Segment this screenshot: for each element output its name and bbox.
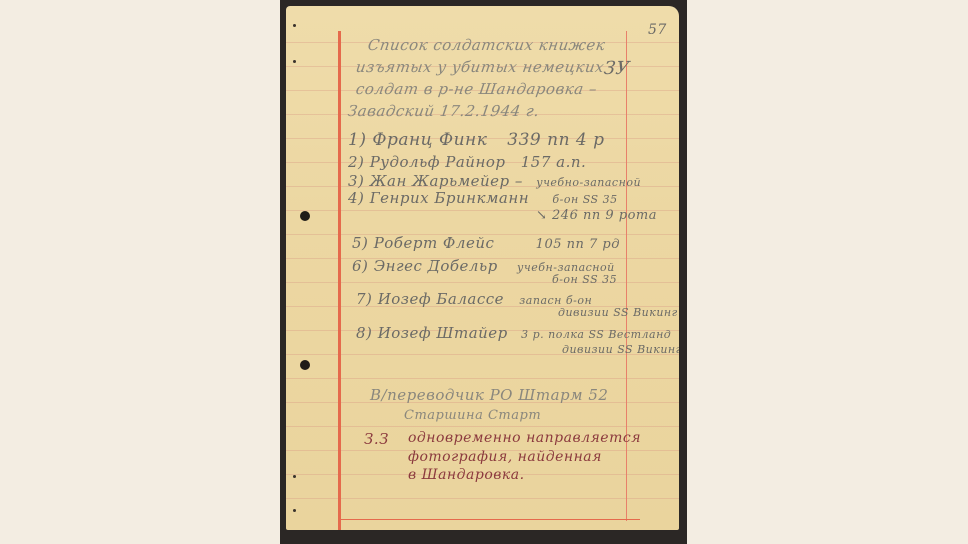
entry-num: 4)	[348, 189, 364, 207]
title-line-4: Завадский 17.2.1944 г.	[347, 102, 541, 120]
right-margin-line	[626, 31, 627, 521]
red-note-line-2: фотография, найденная	[408, 449, 602, 465]
title-line-3: солдат в р-не Шандаровка –	[355, 80, 599, 98]
entry-2: 2) Рудольф Райнор 157 а.п.	[348, 153, 586, 171]
speck	[293, 60, 296, 63]
entry-num: 1)	[348, 130, 366, 150]
red-note-line-1: одновременно направляется	[408, 430, 641, 446]
entry-num: 3)	[348, 172, 364, 190]
entry-name: Генрих Бринкманн	[370, 189, 529, 207]
signature-line-1: В/переводчик РО Штарм 52	[370, 386, 608, 404]
entry-unit: б-он SS 35	[552, 193, 617, 206]
entry-unit: 105 пп 7 рд	[536, 237, 620, 252]
entry-name: Энгес Добельр	[374, 257, 498, 275]
page-number: 57	[648, 22, 667, 38]
entry-7: 7) Иозеф Балассе запасн б-он	[356, 290, 592, 308]
entry-4: 4) Генрих Бринкманн б-он SS 35	[348, 189, 618, 207]
entry-unit: 3 р. полка SS Вестланд	[521, 328, 671, 341]
red-note-prefix: З.З	[364, 430, 389, 448]
left-margin-line	[338, 31, 341, 530]
entry-name: Рудольф Райнор	[370, 153, 506, 171]
entry-unit: 339 пп 4 р	[507, 130, 604, 150]
entry-name: Иозеф Штайер	[378, 324, 508, 342]
entry-name: Жан Жарьмейер –	[370, 172, 523, 190]
entry-num: 5)	[352, 234, 368, 252]
entry-8: 8) Иозеф Штайер 3 р. полка SS Вестланд	[356, 324, 671, 342]
punch-hole-top	[300, 211, 310, 221]
bottom-margin-line	[340, 519, 640, 520]
entry-num: 8)	[356, 324, 372, 342]
entry-name: Франц Финк	[372, 130, 487, 150]
entry-name: Роберт Флейс	[374, 234, 495, 252]
signature-line-2: Старшина Старт	[404, 408, 541, 423]
entry-num: 7)	[356, 290, 372, 308]
red-note-line-3: в Шандаровка.	[408, 467, 525, 483]
entry-3: 3) Жан Жарьмейер – учебно-запасной	[348, 172, 641, 190]
entry-4-continuation: ↘ 246 пп 9 рота	[536, 208, 657, 223]
entry-name: Иозеф Балассе	[378, 290, 504, 308]
entry-num: 2)	[348, 153, 364, 171]
entry-1: 1) Франц Финк 339 пп 4 р	[348, 130, 605, 150]
margin-mark: ЗУ	[603, 58, 631, 79]
document-page: 57 Список солдатских книжек изъятых у уб…	[286, 6, 679, 530]
entry-6-continuation: б-он SS 35	[552, 273, 617, 286]
speck	[293, 475, 296, 478]
entry-num: 6)	[352, 257, 368, 275]
punch-hole-bottom	[300, 360, 310, 370]
entry-7-continuation: дивизии SS Викинг	[558, 306, 678, 319]
entry-unit: 157 а.п.	[521, 153, 587, 171]
entry-unit: учебно-запасной	[536, 176, 641, 189]
title-line-1: Список солдатских книжек	[367, 36, 607, 54]
entry-8-continuation: дивизии SS Викинг	[562, 343, 679, 356]
entry-5: 5) Роберт Флейс 105 пп 7 рд	[352, 234, 620, 252]
speck	[293, 24, 296, 27]
speck	[293, 509, 296, 512]
title-line-2: изъятых у убитых немецких	[355, 58, 606, 76]
